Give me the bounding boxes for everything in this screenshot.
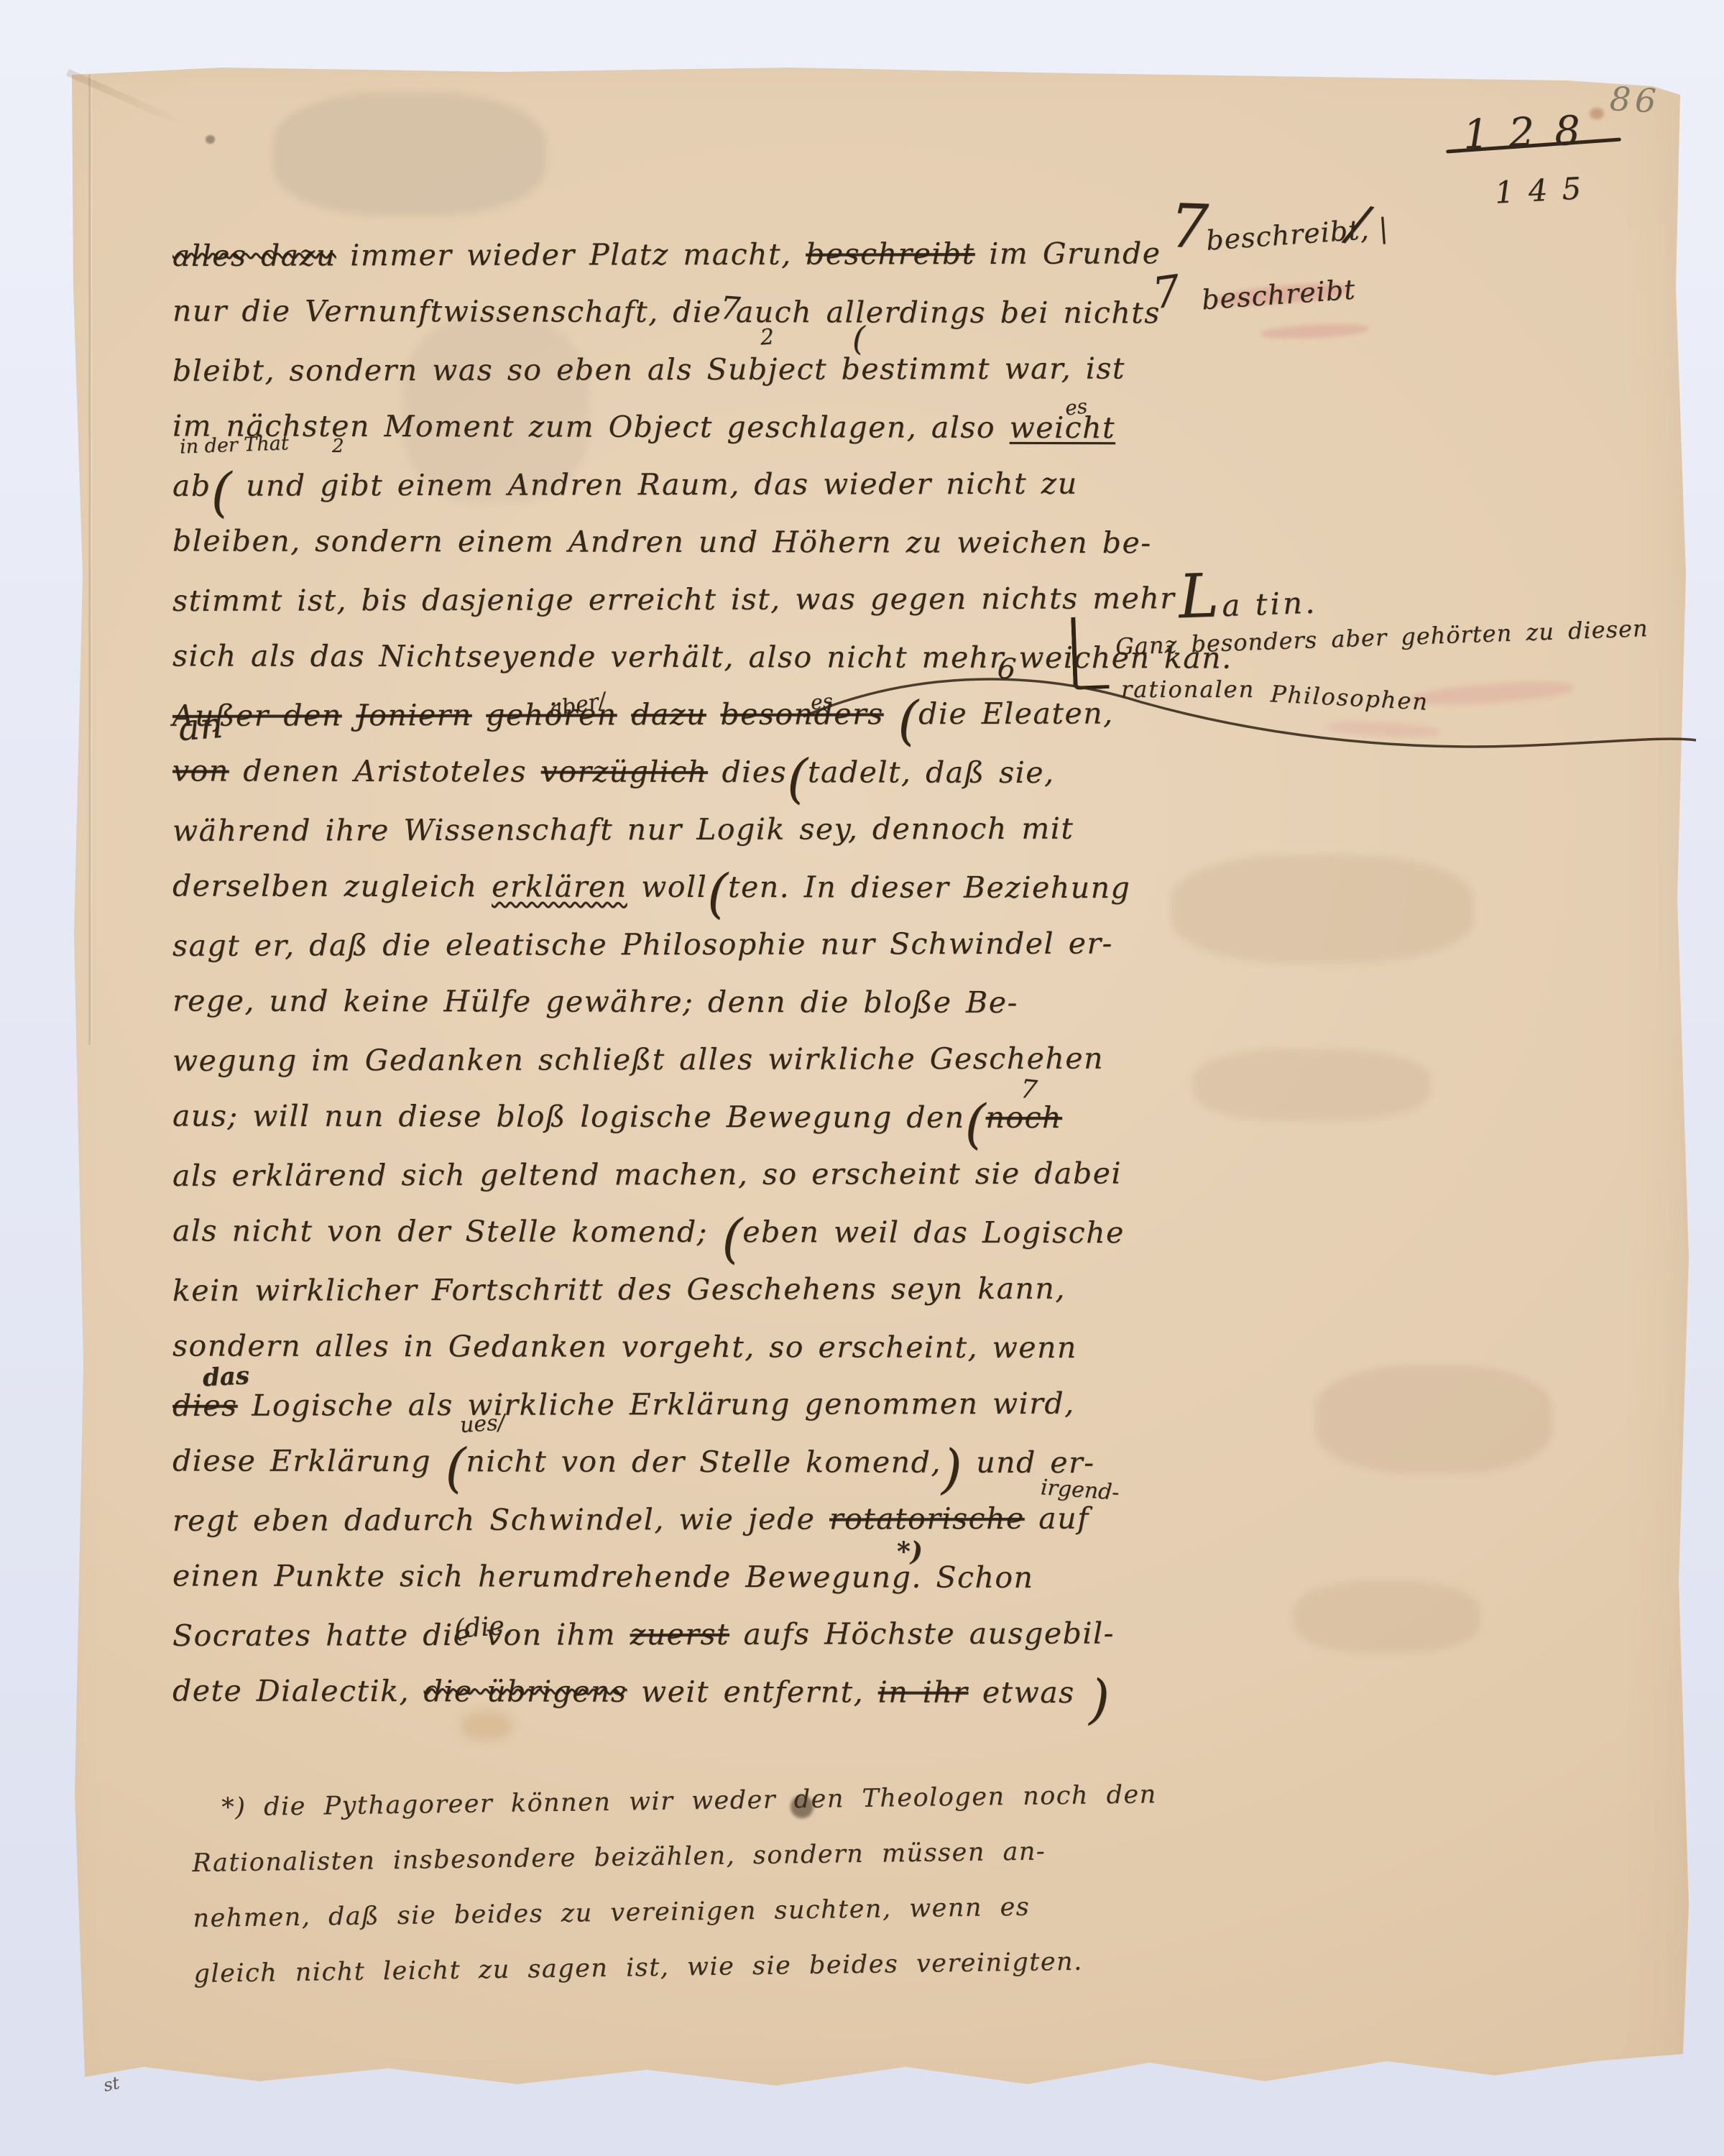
interline-insertion-14: *) (897, 1537, 923, 1567)
interline-insertion-4: in der That (180, 432, 290, 458)
interline-insertion-11: das (202, 1361, 250, 1392)
manuscript-line-10: während ihre Wissenschaft nur Logik sey,… (172, 799, 1232, 860)
manuscript-line-12: sagt er, daß die eleatische Philosophie … (172, 914, 1232, 975)
manuscript-line-13: rege, und keine Hülfe gewähre; denn die … (172, 972, 1232, 1031)
interline-insertion-15: (die, (453, 1611, 514, 1644)
interline-insertion-1: ( (852, 319, 865, 358)
manuscript-line-14: wegung im Gedanken schließt alles wirkli… (172, 1029, 1232, 1089)
interline-insertion-12: ues/ (459, 1410, 506, 1438)
manuscript-line-1: nur die Vernunftwissenschaft, die auch a… (172, 282, 1232, 341)
manuscript-line-5: bleiben, sondern einem Andren und Höhern… (172, 512, 1232, 571)
manuscript-line-25: dete Dialectik, die übrigens weit entfer… (172, 1662, 1232, 1721)
bottom-left-mark: st (101, 2073, 121, 2096)
scanned-manuscript-page: 86 128 145 7 beschreibt, | / 7 beschreib… (0, 0, 1724, 2156)
manuscript-line-17: als nicht von der Stelle komend; (eben w… (172, 1202, 1232, 1261)
interline-insertion-6: an (177, 704, 224, 749)
manuscript-line-18: kein wirklicher Fortschritt des Geschehe… (172, 1259, 1232, 1319)
page-number: 145 (1494, 170, 1597, 210)
manuscript-line-4: ab( und gibt einem Andren Raum, das wied… (172, 454, 1232, 515)
interline-insertion-9: 6 (996, 652, 1018, 686)
manuscript-line-7: sich als das Nichtseyende verhält, also … (172, 627, 1232, 686)
manuscript-line-15: aus; will nun diese bloß logische Bewegu… (172, 1087, 1232, 1146)
manuscript-line-23: einen Punkte sich herumdrehende Bewegung… (172, 1547, 1232, 1606)
manuscript-line-20: dies Logische als wirkliche Erklärung ge… (172, 1374, 1232, 1434)
footnote-block: *) die Pythagoreer können wir weder den … (191, 1767, 1160, 2002)
pencil-folio-number: 86 (1609, 79, 1661, 121)
manuscript-line-8: Außer den Joniern gehören dazu besonders… (172, 684, 1232, 745)
interline-insertion-0: 2 (760, 324, 775, 350)
manuscript-line-19: sondern alles in Gedanken vorgeht, so er… (172, 1317, 1232, 1376)
interline-insertion-8: es (810, 689, 834, 715)
manuscript-line-2: bleibt, sondern was so eben als Subject … (172, 339, 1232, 400)
manuscript-line-6: stimmt ist, bis dasjenige erreicht ist, … (172, 569, 1232, 630)
interline-insertion-2: 7 (719, 290, 741, 328)
manuscript-line-16: als erklärend sich geltend machen, so er… (172, 1144, 1232, 1204)
manuscript-line-24: Socrates hatte die von ihm zuerst aufs H… (172, 1604, 1232, 1664)
interline-insertion-3: es (1064, 394, 1088, 420)
interline-insertion-10: 7 (1019, 1074, 1038, 1105)
interline-insertion-5: 2 (332, 436, 344, 457)
manuscript-line-11: derselben zugleich erklären woll(ten. In… (172, 857, 1232, 916)
manuscript-line-0: alles dazu immer wieder Platz macht, bes… (172, 224, 1232, 285)
manuscript-line-9: von denen Aristoteles vorzüglich dies(ta… (172, 742, 1232, 801)
